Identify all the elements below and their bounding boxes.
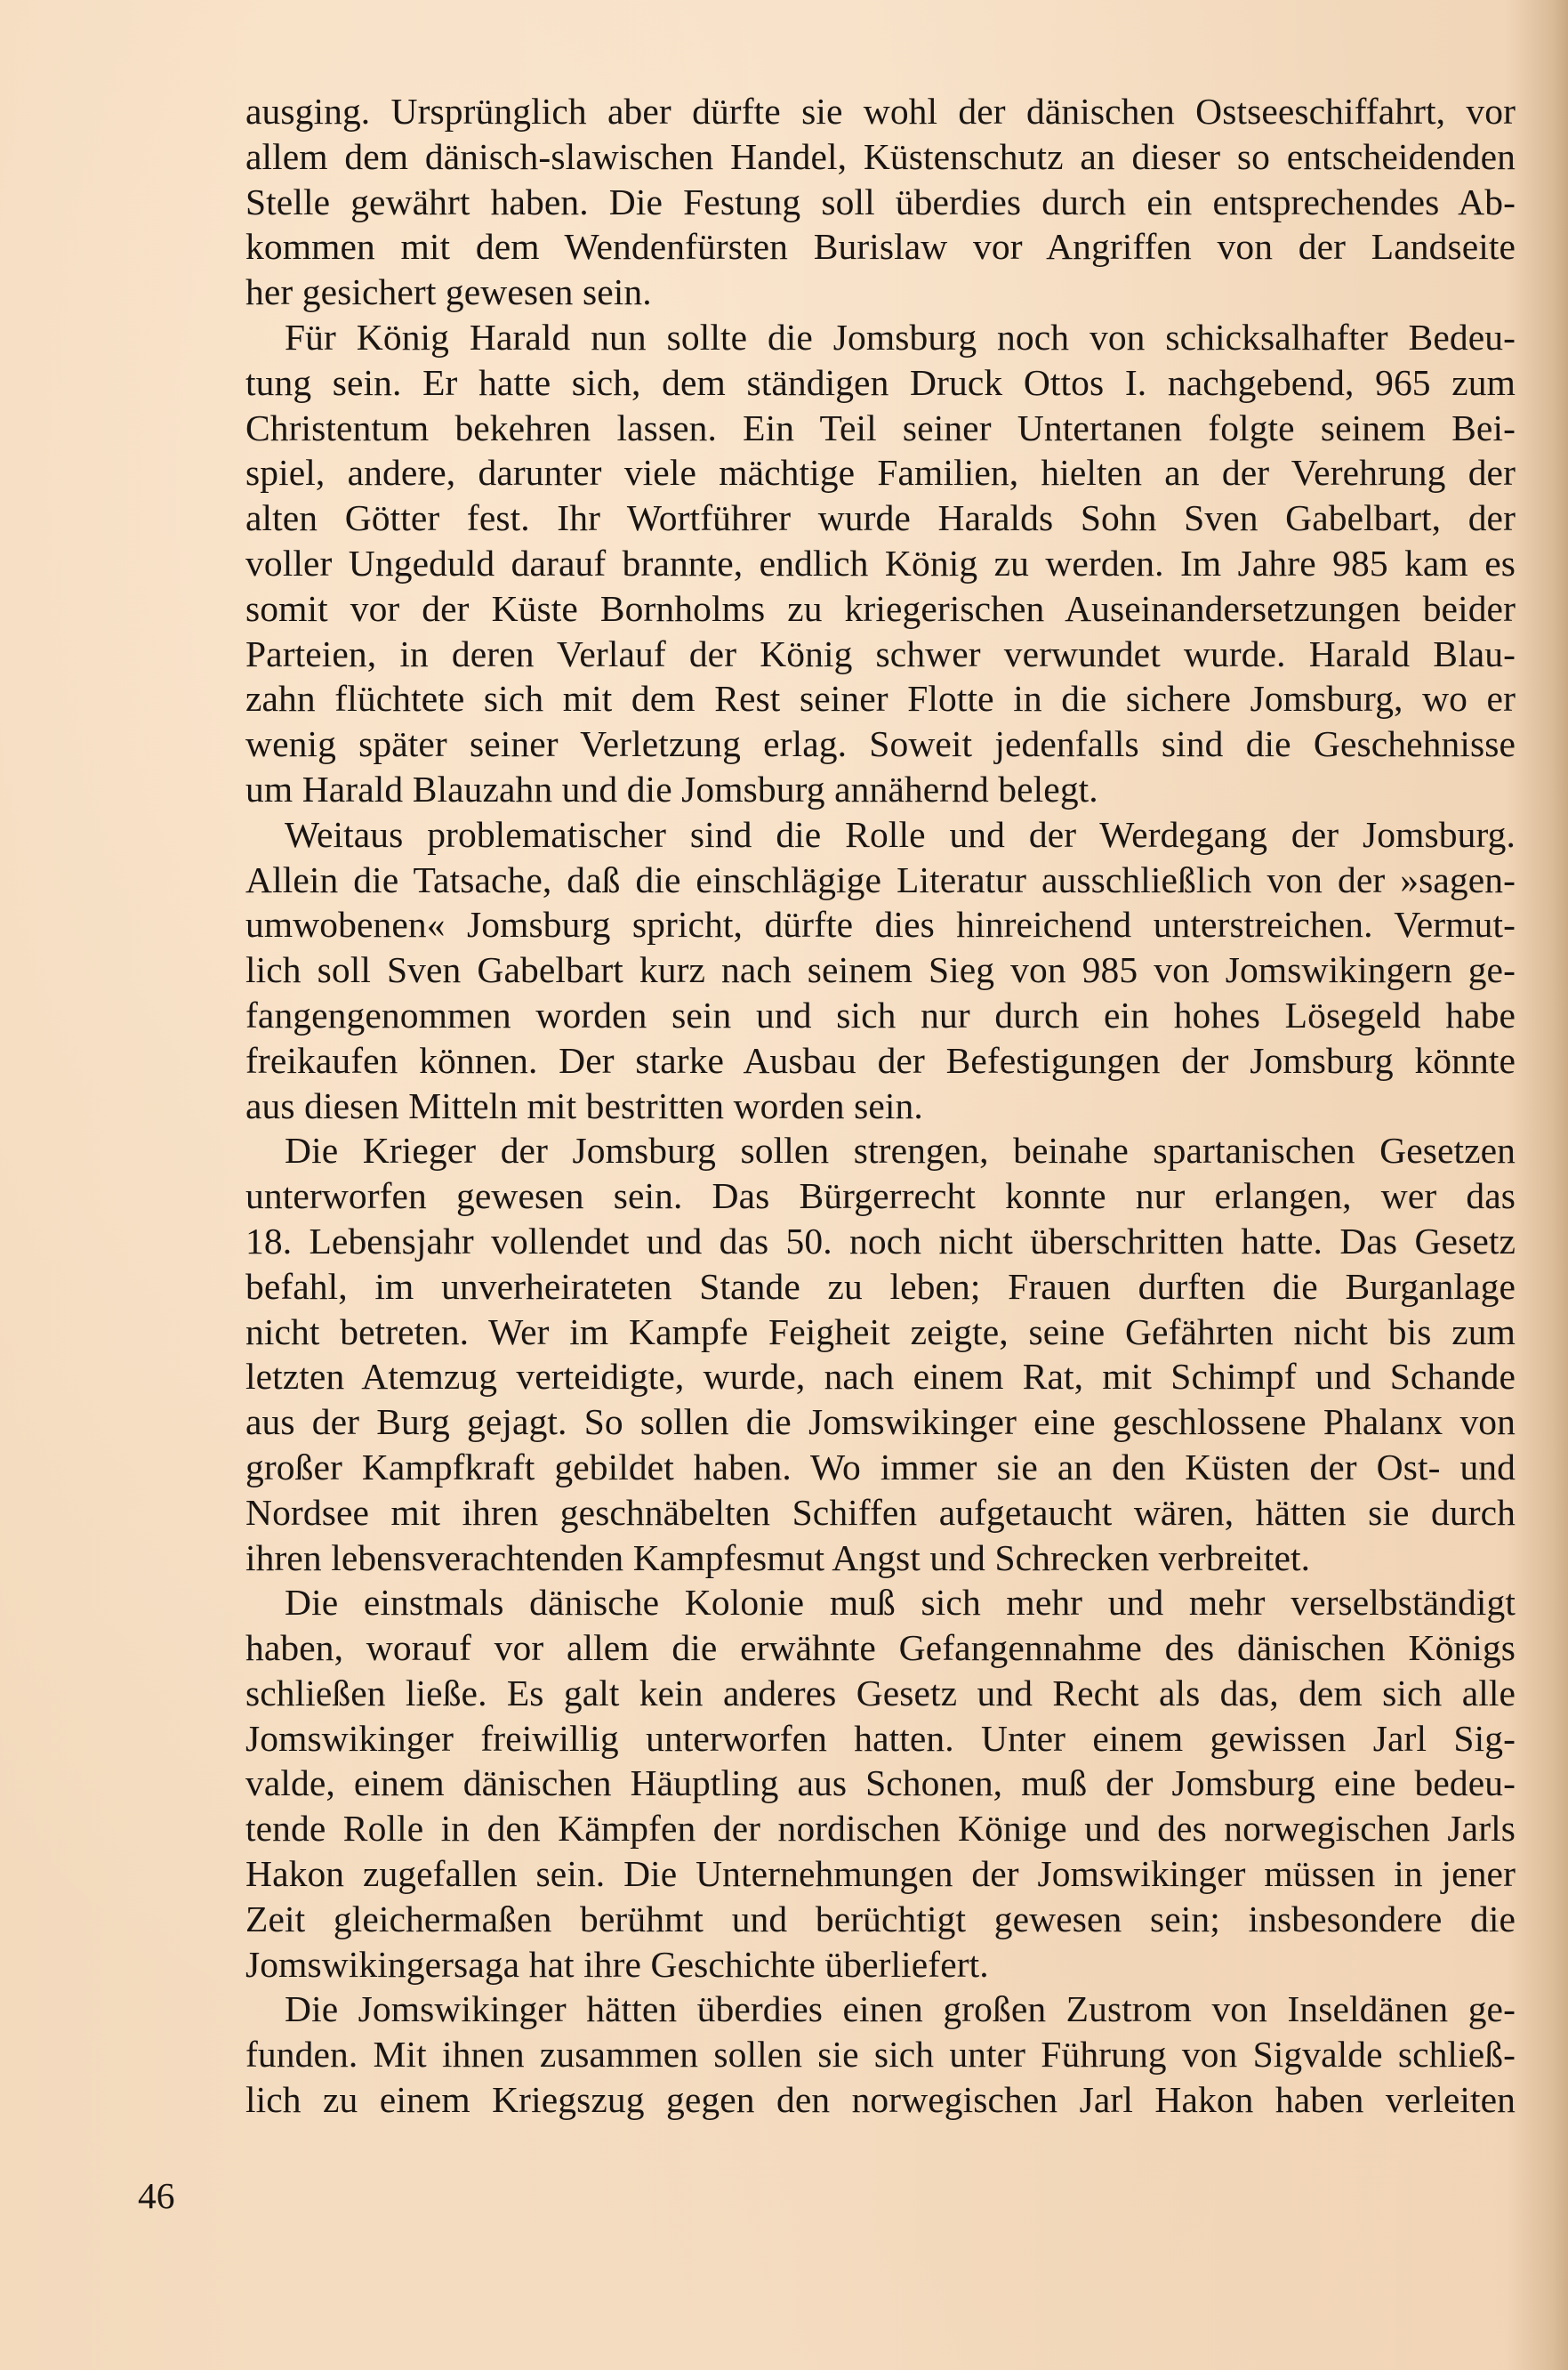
text-line: Weitaus problematischer sind die Rolle u…	[245, 812, 1516, 858]
text-line: allem dem dänisch-slawischen Handel, Küs…	[245, 134, 1516, 180]
text-line: funden. Mit ihnen zusammen sollen sie si…	[245, 2032, 1516, 2077]
body-text: ausging. Ursprünglich aber dürfte sie wo…	[245, 89, 1516, 2123]
text-line: spiel, andere, darunter viele mächtige F…	[245, 450, 1516, 496]
text-line: valde, einem dänischen Häuptling aus Sch…	[245, 1761, 1516, 1806]
text-line: Die Jomswikinger hätten überdies einen g…	[245, 1987, 1516, 2032]
text-line: fangengenommen worden sein und sich nur …	[245, 993, 1516, 1038]
text-line: Für König Harald nun sollte die Jomsburg…	[245, 315, 1516, 360]
text-line: ausging. Ursprünglich aber dürfte sie wo…	[245, 89, 1516, 134]
text-line: alten Götter fest. Ihr Wortführer wurde …	[245, 496, 1516, 541]
text-line: Hakon zugefallen sein. Die Unternehmunge…	[245, 1851, 1516, 1897]
paragraph: Weitaus problematischer sind die Rolle u…	[245, 812, 1516, 1129]
text-line: Jomswikingersaga hat ihre Geschichte übe…	[245, 1942, 1516, 1987]
text-line: befahl, im unverheirateten Stande zu leb…	[245, 1264, 1516, 1310]
paragraph: Die Krieger der Jomsburg sollen strengen…	[245, 1128, 1516, 1580]
text-line: freikaufen können. Der starke Ausbau der…	[245, 1038, 1516, 1084]
text-line: Die einstmals dänische Kolonie muß sich …	[245, 1580, 1516, 1625]
text-line: großer Kampfkraft gebildet haben. Wo imm…	[245, 1445, 1516, 1490]
text-line: nicht betreten. Wer im Kampfe Feigheit z…	[245, 1310, 1516, 1355]
text-line: um Harald Blauzahn und die Jomsburg annä…	[245, 767, 1516, 812]
text-line: Parteien, in deren Verlauf der König sch…	[245, 632, 1516, 677]
text-line: zahn flüchtete sich mit dem Rest seiner …	[245, 676, 1516, 721]
text-line: haben, worauf vor allem die erwähnte Gef…	[245, 1625, 1516, 1671]
paragraph: Die einstmals dänische Kolonie muß sich …	[245, 1580, 1516, 1987]
text-line: somit vor der Küste Bornholms zu krieger…	[245, 586, 1516, 632]
text-line: Jomswikinger freiwillig unterworfen hatt…	[245, 1716, 1516, 1761]
text-line: 18. Lebensjahr vollendet und das 50. noc…	[245, 1219, 1516, 1264]
book-page: ausging. Ursprünglich aber dürfte sie wo…	[0, 0, 1568, 2370]
text-line: Die Krieger der Jomsburg sollen strengen…	[245, 1128, 1516, 1173]
text-line: Allein die Tatsache, daß die einschlägig…	[245, 858, 1516, 903]
text-line: voller Ungeduld darauf brannte, endlich …	[245, 541, 1516, 586]
page-number: 46	[138, 2173, 175, 2219]
text-line: lich zu einem Kriegszug gegen den norweg…	[245, 2077, 1516, 2123]
text-line: tende Rolle in den Kämpfen der nordische…	[245, 1806, 1516, 1851]
text-line: her gesichert gewesen sein.	[245, 270, 1516, 315]
text-line: schließen ließe. Es galt kein anderes Ge…	[245, 1671, 1516, 1716]
text-line: Zeit gleichermaßen berühmt und berüchtig…	[245, 1897, 1516, 1942]
text-line: Christentum bekehren lassen. Ein Teil se…	[245, 406, 1516, 451]
text-line: tung sein. Er hatte sich, dem ständigen …	[245, 360, 1516, 406]
text-line: unterworfen gewesen sein. Das Bürgerrech…	[245, 1173, 1516, 1219]
text-line: umwobenen« Jomsburg spricht, dürfte dies…	[245, 902, 1516, 947]
text-line: lich soll Sven Gabelbart kurz nach seine…	[245, 947, 1516, 993]
text-line: Stelle gewährt haben. Die Festung soll ü…	[245, 180, 1516, 225]
text-line: aus der Burg gejagt. So sollen die Jomsw…	[245, 1399, 1516, 1445]
paragraph: Für König Harald nun sollte die Jomsburg…	[245, 315, 1516, 812]
text-line: ihren lebensverachtenden Kampfesmut Angs…	[245, 1536, 1516, 1581]
text-line: letzten Atemzug verteidigte, wurde, nach…	[245, 1354, 1516, 1399]
text-line: Nordsee mit ihren geschnäbelten Schiffen…	[245, 1490, 1516, 1536]
paragraph: Die Jomswikinger hätten überdies einen g…	[245, 1987, 1516, 2122]
text-line: wenig später seiner Verletzung erlag. So…	[245, 721, 1516, 767]
text-line: aus diesen Mitteln mit bestritten worden…	[245, 1084, 1516, 1129]
paragraph: ausging. Ursprünglich aber dürfte sie wo…	[245, 89, 1516, 315]
text-line: kommen mit dem Wendenfürsten Burislaw vo…	[245, 224, 1516, 270]
